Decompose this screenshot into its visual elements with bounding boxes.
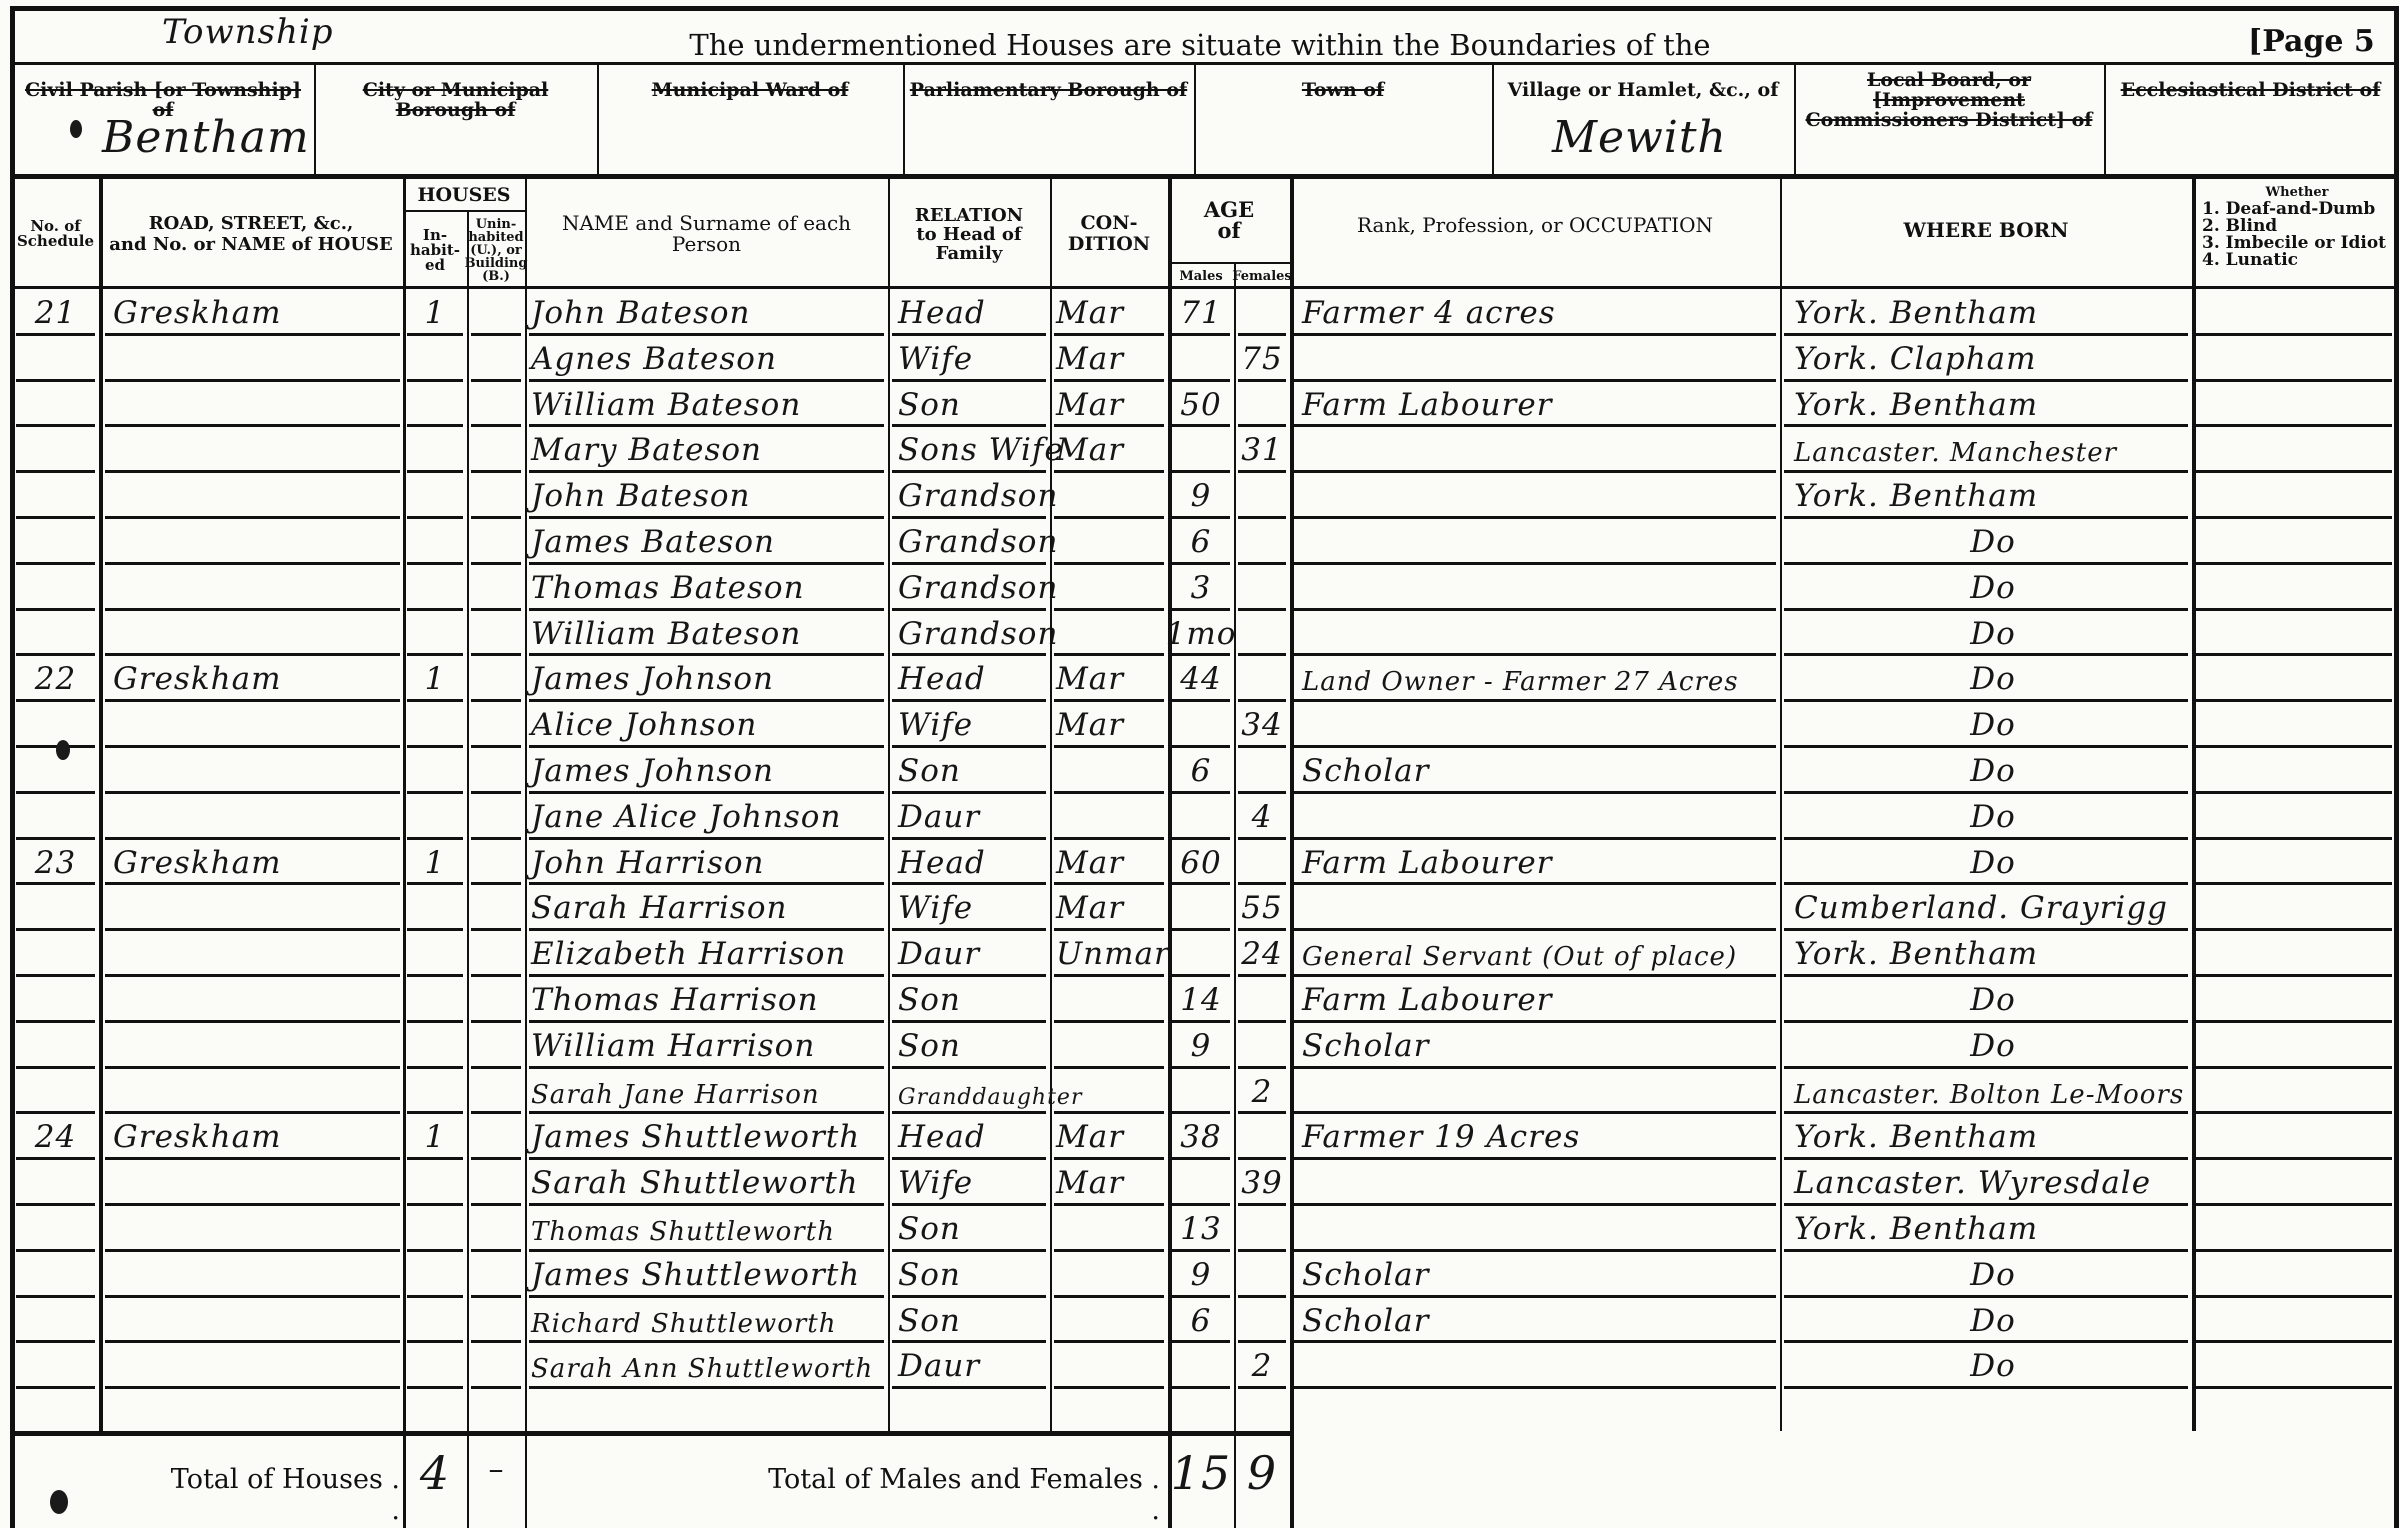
cell-where-born: Do	[1794, 609, 2192, 655]
cell-male-age	[1168, 1387, 1234, 1433]
row-rule	[105, 424, 400, 427]
cell-schedule	[12, 1158, 99, 1204]
row-rule	[892, 1111, 1046, 1114]
header-condition-l1: CON-	[1081, 213, 1138, 234]
cell-male-age: 38	[1168, 1112, 1234, 1158]
row-rule	[407, 1386, 463, 1389]
header-relation: RELATION to Head of Family	[888, 180, 1050, 288]
row-rule	[1238, 470, 1286, 473]
row-rule	[1784, 1020, 2188, 1023]
cell-where-born: York. Bentham	[1794, 1204, 2192, 1250]
row-rule	[407, 745, 463, 748]
cell-name: Thomas Bateson	[531, 563, 888, 609]
cell-schedule	[12, 883, 99, 929]
total-females-value: 9	[1234, 1446, 1290, 1500]
cell-road	[113, 334, 403, 380]
row-rule	[407, 470, 463, 473]
column-rule	[99, 176, 103, 1431]
cell-inhabited: 1	[403, 1112, 467, 1158]
cell-road	[113, 1387, 403, 1433]
row-rule	[529, 424, 884, 427]
row-rule	[1784, 882, 2188, 885]
cell-male-age: 3	[1168, 563, 1234, 609]
cell-male-age	[1168, 792, 1234, 838]
row-rule	[1054, 1066, 1164, 1069]
cell-relation: Son	[898, 746, 1050, 792]
row-rule	[1172, 516, 1230, 519]
row-rule	[407, 608, 463, 611]
row-rule	[1238, 653, 1286, 656]
row-rule	[529, 837, 884, 840]
row-rule	[1172, 928, 1230, 931]
row-rule	[1238, 928, 1286, 931]
row-rule	[2196, 882, 2392, 885]
cell-inhabited: 1	[403, 288, 467, 334]
row-rule	[529, 791, 884, 794]
cell-road: Greskham	[113, 654, 403, 700]
cell-name: Agnes Bateson	[531, 334, 888, 380]
cell-condition	[1056, 1387, 1168, 1433]
row-rule	[1172, 653, 1230, 656]
total-inhabited-value: 4	[403, 1446, 467, 1500]
cell-female-age: 31	[1234, 425, 1290, 471]
cell-schedule	[12, 792, 99, 838]
row-rule	[1054, 333, 1164, 336]
row-rule	[1294, 791, 1776, 794]
header-schedule: No. of Schedule	[12, 180, 99, 288]
cell-inhabited	[403, 1387, 467, 1433]
row-rule	[16, 1203, 95, 1206]
cell-name: Sarah Jane Harrison	[531, 1067, 888, 1113]
cell-relation: Head	[898, 838, 1050, 884]
cell-female-age: 2	[1234, 1341, 1290, 1387]
cell-occupation: Farm Labourer	[1302, 838, 1780, 884]
row-rule	[1294, 837, 1776, 840]
column-rule	[2394, 6, 2399, 1528]
row-rule	[2196, 1203, 2392, 1206]
row-rule	[529, 653, 884, 656]
row-rule	[1238, 608, 1286, 611]
cell-name: Sarah Ann Shuttleworth	[531, 1341, 888, 1387]
header-females: Females	[1234, 264, 1290, 288]
row-rule	[1784, 516, 2188, 519]
row-rule	[1784, 1203, 2188, 1206]
row-rule	[1172, 379, 1230, 382]
row-rule	[529, 882, 884, 885]
row-rule	[105, 653, 400, 656]
cell-where-born: York. Bentham	[1794, 1112, 2192, 1158]
cell-female-age	[1234, 975, 1290, 1021]
cell-road	[113, 1341, 403, 1387]
cell-male-age: 71	[1168, 288, 1234, 334]
cell-where-born: Do	[1794, 975, 2192, 1021]
row-rule	[1294, 379, 1776, 382]
cell-male-age: 9	[1168, 471, 1234, 517]
row-rule	[105, 1249, 400, 1252]
row-rule	[529, 974, 884, 977]
row-rule	[1238, 333, 1286, 336]
row-rule	[2196, 837, 2392, 840]
cell-condition: Mar	[1056, 838, 1168, 884]
row-rule	[105, 1020, 400, 1023]
row-rule	[1784, 1249, 2188, 1252]
cell-schedule	[12, 1204, 99, 1250]
row-rule	[471, 1340, 521, 1343]
cell-schedule	[12, 700, 99, 746]
cell-inhabited	[403, 425, 467, 471]
row-rule	[1238, 1386, 1286, 1389]
cell-condition: Mar	[1056, 1158, 1168, 1204]
cell-where-born: York. Bentham	[1794, 471, 2192, 517]
row-rule	[16, 562, 95, 565]
cell-occupation	[1302, 334, 1780, 380]
row-rule	[1784, 745, 2188, 748]
row-rule	[529, 516, 884, 519]
cell-male-age	[1168, 700, 1234, 746]
header-relation-l1: RELATION	[915, 206, 1023, 225]
row-rule	[892, 424, 1046, 427]
row-rule	[16, 1386, 95, 1389]
header-uninhabited-l4: Building	[465, 257, 528, 270]
row-rule	[407, 699, 463, 702]
row-rule	[105, 974, 400, 977]
header-infirmity: Whether 1. Deaf-and-Dumb 2. Blind 3. Imb…	[2192, 184, 2392, 288]
row-rule	[1294, 608, 1776, 611]
row-rule	[1294, 1020, 1776, 1023]
cell-male-age	[1168, 334, 1234, 380]
row-rule	[1238, 882, 1286, 885]
cell-male-age	[1168, 883, 1234, 929]
header-where-born: WHERE BORN	[1780, 180, 2192, 280]
row-rule	[892, 333, 1046, 336]
census-page: The undermentioned Houses are situate wi…	[0, 0, 2400, 1528]
row-rule	[1238, 1249, 1286, 1252]
cell-where-born: Do	[1794, 1341, 2192, 1387]
boundary-box: Local Board, or [Improvement Commissione…	[1794, 64, 2104, 174]
row-rule	[1784, 1386, 2188, 1389]
cell-where-born: York. Bentham	[1794, 288, 2192, 334]
cell-inhabited	[403, 975, 467, 1021]
cell-road	[113, 746, 403, 792]
header-relation-l2: to Head of	[916, 225, 1021, 244]
header-name-l1: NAME and Surname of each	[562, 213, 851, 234]
cell-male-age: 44	[1168, 654, 1234, 700]
boundary-divider	[2104, 62, 2106, 176]
cell-male-age: 6	[1168, 517, 1234, 563]
cell-schedule	[12, 334, 99, 380]
row-rule	[16, 1157, 95, 1160]
row-rule	[407, 882, 463, 885]
header-schedule-line2: Schedule	[17, 234, 94, 249]
cell-schedule: 23	[12, 838, 99, 884]
row-rule	[892, 1340, 1046, 1343]
cell-where-born	[1794, 1387, 2192, 1433]
cell-occupation: Land Owner - Farmer 27 Acres	[1302, 654, 1780, 700]
cell-where-born: Do	[1794, 654, 2192, 700]
row-rule	[1238, 1157, 1286, 1160]
cell-inhabited	[403, 746, 467, 792]
row-rule	[892, 1066, 1046, 1069]
row-rule	[1172, 1249, 1230, 1252]
row-rule	[2196, 653, 2392, 656]
cell-where-born: Cumberland. Grayrigg	[1794, 883, 2192, 929]
row-rule	[1294, 699, 1776, 702]
cell-relation: Grandson	[898, 609, 1050, 655]
row-rule	[16, 1066, 95, 1069]
total-uninhabited-value: –	[467, 1452, 525, 1487]
cell-female-age	[1234, 609, 1290, 655]
row-rule	[105, 333, 400, 336]
row-rule	[471, 837, 521, 840]
row-rule	[16, 424, 95, 427]
row-rule	[2196, 791, 2392, 794]
cell-schedule	[12, 471, 99, 517]
cell-occupation	[1302, 792, 1780, 838]
cell-occupation: Scholar	[1302, 746, 1780, 792]
row-rule	[2196, 1249, 2392, 1252]
cell-schedule: 24	[12, 1112, 99, 1158]
cell-occupation: Farmer 19 Acres	[1302, 1112, 1780, 1158]
row-rule	[471, 745, 521, 748]
row-rule	[892, 882, 1046, 885]
cell-relation: Son	[898, 1250, 1050, 1296]
row-rule	[105, 699, 400, 702]
cell-inhabited	[403, 609, 467, 655]
cell-occupation: Farm Labourer	[1302, 975, 1780, 1021]
row-rule	[1784, 928, 2188, 931]
row-rule	[1172, 699, 1230, 702]
row-rule	[1294, 562, 1776, 565]
row-rule	[1784, 699, 2188, 702]
row-rule	[2196, 333, 2392, 336]
row-rule	[2196, 1340, 2392, 1343]
row-rule	[16, 470, 95, 473]
row-rule	[105, 608, 400, 611]
boundary-box: Ecclesiastical District of	[2104, 64, 2397, 174]
cell-female-age: 4	[1234, 792, 1290, 838]
total-houses-label: Total of Houses . .	[160, 1464, 400, 1526]
row-rule	[1054, 1111, 1164, 1114]
row-rule	[1238, 837, 1286, 840]
total-persons-label: Total of Males and Females . .	[760, 1464, 1160, 1526]
boundary-label: City or Municipal Borough of	[318, 80, 593, 120]
cell-relation: Wife	[898, 883, 1050, 929]
row-rule	[529, 1340, 884, 1343]
cell-road	[113, 1204, 403, 1250]
cell-schedule	[12, 380, 99, 426]
cell-condition	[1056, 792, 1168, 838]
header-occupation: Rank, Profession, or OCCUPATION	[1290, 180, 1780, 270]
cell-male-age: 50	[1168, 380, 1234, 426]
row-rule	[1054, 837, 1164, 840]
cell-female-age	[1234, 1296, 1290, 1342]
row-rule	[471, 1295, 521, 1298]
cell-road	[113, 563, 403, 609]
row-rule	[529, 608, 884, 611]
cell-female-age	[1234, 1112, 1290, 1158]
cell-inhabited	[403, 792, 467, 838]
row-rule	[529, 562, 884, 565]
row-rule	[105, 745, 400, 748]
row-rule	[1238, 379, 1286, 382]
boundary-label: Ecclesiastical District of	[2108, 80, 2393, 100]
row-rule	[105, 1340, 400, 1343]
row-rule	[1238, 1020, 1286, 1023]
cell-schedule: 21	[12, 288, 99, 334]
row-rule	[471, 1249, 521, 1252]
cell-condition: Mar	[1056, 883, 1168, 929]
cell-where-born: York. Bentham	[1794, 929, 2192, 975]
row-rule	[471, 562, 521, 565]
cell-male-age	[1168, 425, 1234, 471]
row-rule	[1294, 1157, 1776, 1160]
row-rule	[1784, 653, 2188, 656]
cell-occupation	[1302, 883, 1780, 929]
cell-inhabited	[403, 700, 467, 746]
cell-relation: Son	[898, 1021, 1050, 1067]
row-rule	[407, 1066, 463, 1069]
row-rule	[16, 333, 95, 336]
row-rule	[892, 928, 1046, 931]
cell-condition	[1056, 471, 1168, 517]
boundary-box: Municipal Ward of	[597, 64, 903, 174]
header-infirmity-l4: 4. Lunatic	[2202, 252, 2392, 269]
row-rule	[1172, 1066, 1230, 1069]
row-rule	[471, 1066, 521, 1069]
row-rule	[1172, 1340, 1230, 1343]
cell-name: James Bateson	[531, 517, 888, 563]
row-rule	[1294, 928, 1776, 931]
row-rule	[1294, 333, 1776, 336]
cell-road	[113, 1067, 403, 1113]
cell-road	[113, 609, 403, 655]
row-rule	[1294, 1111, 1776, 1114]
row-rule	[1054, 791, 1164, 794]
row-rule	[1054, 1203, 1164, 1206]
cell-where-born: Do	[1794, 1296, 2192, 1342]
boundary-divider	[903, 62, 905, 176]
cell-name: James Johnson	[531, 746, 888, 792]
row-rule	[1238, 1340, 1286, 1343]
cell-female-age	[1234, 563, 1290, 609]
cell-female-age: 75	[1234, 334, 1290, 380]
cell-road	[113, 700, 403, 746]
row-rule	[1784, 379, 2188, 382]
cell-occupation	[1302, 1387, 1780, 1433]
cell-name: Elizabeth Harrison	[531, 929, 888, 975]
row-rule	[1294, 470, 1776, 473]
boundary-value: Mewith	[1552, 112, 1727, 163]
cell-female-age	[1234, 380, 1290, 426]
row-rule	[105, 1295, 400, 1298]
row-rule	[1054, 1249, 1164, 1252]
row-rule	[1054, 1157, 1164, 1160]
cell-relation: Head	[898, 288, 1050, 334]
row-rule	[529, 333, 884, 336]
cell-male-age	[1168, 929, 1234, 975]
cell-schedule	[12, 517, 99, 563]
cell-name: John Bateson	[531, 288, 888, 334]
row-rule	[1172, 1157, 1230, 1160]
row-rule	[16, 791, 95, 794]
header-inhabited-l3: ed	[425, 258, 445, 273]
row-rule	[1054, 379, 1164, 382]
cell-condition	[1056, 1341, 1168, 1387]
row-rule	[2196, 379, 2392, 382]
cell-relation: Granddaughter	[898, 1067, 1050, 1113]
row-rule	[105, 379, 400, 382]
cell-condition	[1056, 609, 1168, 655]
row-rule	[529, 1386, 884, 1389]
row-rule	[16, 1111, 95, 1114]
cell-where-born: Do	[1794, 700, 2192, 746]
row-rule	[407, 1249, 463, 1252]
row-rule	[1294, 745, 1776, 748]
cell-female-age: 2	[1234, 1067, 1290, 1113]
row-rule	[892, 1020, 1046, 1023]
header-road-line1: ROAD, STREET, &c.,	[149, 213, 354, 234]
cell-road	[113, 929, 403, 975]
cell-condition: Unmar	[1056, 929, 1168, 975]
header-houses: HOUSES	[403, 180, 525, 210]
cell-occupation: Scholar	[1302, 1296, 1780, 1342]
row-rule	[105, 516, 400, 519]
cell-inhabited	[403, 1296, 467, 1342]
header-males: Males	[1168, 264, 1234, 288]
top-border	[12, 6, 2397, 11]
cell-relation: Son	[898, 975, 1050, 1021]
cell-female-age	[1234, 1021, 1290, 1067]
boundary-label: Municipal Ward of	[601, 80, 899, 100]
cell-female-age	[1234, 654, 1290, 700]
boundary-divider	[1794, 62, 1796, 176]
row-rule	[1238, 1066, 1286, 1069]
cell-road	[113, 883, 403, 929]
cell-relation: Head	[898, 1112, 1050, 1158]
row-rule	[1294, 1340, 1776, 1343]
row-rule	[407, 516, 463, 519]
cell-name	[531, 1387, 888, 1433]
row-rule	[892, 791, 1046, 794]
row-rule	[1172, 1386, 1230, 1389]
cell-name: John Harrison	[531, 838, 888, 884]
row-rule	[471, 608, 521, 611]
row-rule	[1784, 608, 2188, 611]
cell-inhabited	[403, 1250, 467, 1296]
row-rule	[529, 1249, 884, 1252]
cell-inhabited	[403, 1204, 467, 1250]
row-rule	[471, 333, 521, 336]
row-rule	[1238, 1111, 1286, 1114]
cell-female-age	[1234, 471, 1290, 517]
row-rule	[529, 1020, 884, 1023]
cell-inhabited	[403, 563, 467, 609]
row-rule	[1172, 1111, 1230, 1114]
row-rule	[529, 699, 884, 702]
cell-relation: Son	[898, 380, 1050, 426]
boundary-box: Civil Parish [or Township] ofTownshipBen…	[12, 64, 314, 174]
row-rule	[1172, 974, 1230, 977]
cell-name: Richard Shuttleworth	[531, 1296, 888, 1342]
row-rule	[1054, 1340, 1164, 1343]
boundary-label: Parliamentary Borough of	[907, 80, 1190, 100]
cell-female-age: 39	[1234, 1158, 1290, 1204]
boundary-box: Town of	[1194, 64, 1492, 174]
cell-where-born: Lancaster. Manchester	[1794, 425, 2192, 471]
row-rule	[407, 333, 463, 336]
row-rule	[105, 562, 400, 565]
cell-condition	[1056, 1021, 1168, 1067]
